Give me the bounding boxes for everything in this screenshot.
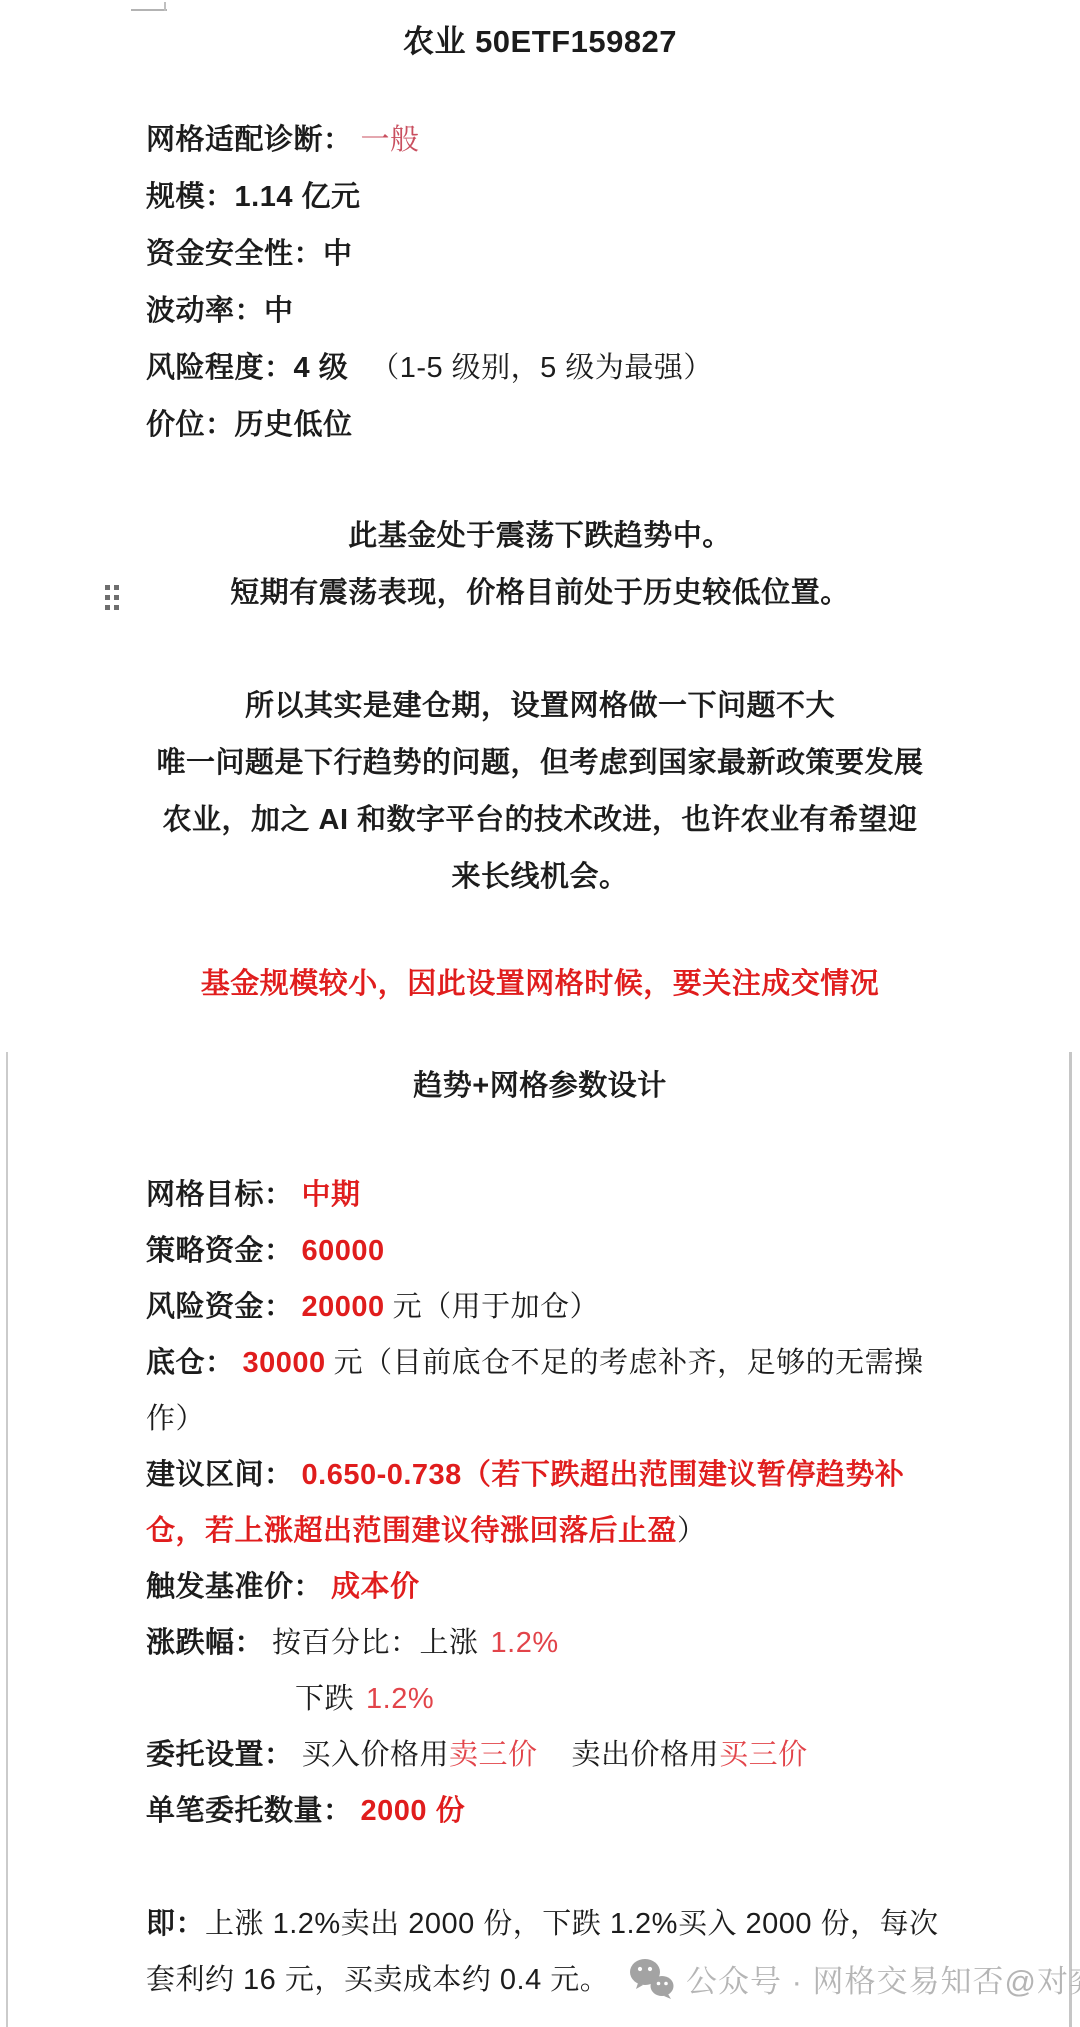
analysis-line-1: 所以其实是建仓期，设置网格做一下问题不大 — [0, 678, 1080, 735]
grid-goal-value: 中期 — [302, 1179, 361, 1211]
diagnosis-label: 网格适配诊断： — [146, 124, 353, 156]
band-up-pct: 1.2% — [491, 1627, 559, 1659]
fund-safety-line: 资金安全性：中 — [146, 226, 713, 283]
base-position-wrap-line: 作） — [146, 1391, 924, 1447]
price-level-label: 价位： — [146, 409, 235, 441]
watermark: 公众号 · 网格交易知否@对弈 — [628, 1956, 1080, 2001]
band-label: 涨跌幅： — [146, 1627, 264, 1659]
volatility-label: 波动率： — [146, 295, 264, 327]
risk-fund-line: 风险资金：20000元（用于加仓） — [146, 1279, 924, 1335]
risk-level-line: 风险程度：4 级（1-5 级别，5 级为最强） — [146, 340, 713, 397]
scale-line: 规模：1.14 亿元 — [146, 169, 713, 226]
order-sell-prefix: 卖出价格用 — [572, 1739, 720, 1771]
base-position-value: 30000 — [243, 1347, 326, 1379]
page-corner-mark — [131, 9, 167, 11]
document-page: 农业 50ETF159827 网格适配诊断：一般 规模：1.14 亿元 资金安全… — [0, 0, 1080, 2027]
order-buy-prefix: 买入价格用 — [302, 1739, 450, 1771]
grid-goal-label: 网格目标： — [146, 1179, 294, 1211]
risk-level-note: （1-5 级别，5 级为最强） — [370, 352, 713, 384]
volatility-value: 中 — [264, 295, 294, 327]
risk-level-label: 风险程度： — [146, 352, 294, 384]
band-mode: 按百分比：上涨 — [272, 1627, 479, 1659]
trigger-price-line: 触发基准价：成本价 — [146, 1559, 924, 1615]
base-position-wrap: 作） — [146, 1403, 205, 1435]
fund-diagnosis-block: 网格适配诊断：一般 规模：1.14 亿元 资金安全性：中 波动率：中 风险程度：… — [146, 112, 713, 454]
strategy-fund-line: 策略资金：60000 — [146, 1223, 924, 1279]
fund-safety-value: 中 — [323, 238, 353, 270]
analysis-paragraph: 所以其实是建仓期，设置网格做一下问题不大 唯一问题是下行趋势的问题，但考虑到国家… — [0, 678, 1080, 906]
trend-line-1: 此基金处于震荡下跌趋势中。 — [0, 508, 1080, 565]
summary-line-1: 即：上涨 1.2%卖出 2000 份，下跌 1.2%买入 2000 份，每次 — [146, 1896, 939, 1952]
strategy-fund-value: 60000 — [302, 1235, 385, 1267]
base-position-suffix: 元（目前底仓不足的考虑补齐，足够的无需操 — [334, 1347, 924, 1379]
summary-text-1: 上涨 1.2%卖出 2000 份，下跌 1.2%买入 2000 份，每次 — [205, 1908, 939, 1940]
summary-text-2: 套利约 16 元，买卖成本约 0.4 元。 — [146, 1964, 609, 1996]
analysis-line-2: 唯一问题是下行趋势的问题，但考虑到国家最新政策要发展 — [0, 735, 1080, 792]
diagnosis-line: 网格适配诊断：一般 — [146, 112, 713, 169]
base-position-label: 底仓： — [146, 1347, 235, 1379]
fund-safety-label: 资金安全性： — [146, 238, 323, 270]
order-buy-value: 卖三价 — [449, 1739, 538, 1771]
summary-label: 即： — [146, 1908, 205, 1940]
range-wrap-line: 仓，若上涨超出范围建议待涨回落后止盈） — [146, 1503, 924, 1559]
band-down-line: 下跌1.2% — [295, 1671, 924, 1727]
page-title: 农业 50ETF159827 — [0, 14, 1080, 70]
band-down-pct: 1.2% — [366, 1683, 434, 1715]
order-setting-label: 委托设置： — [146, 1739, 294, 1771]
order-qty-line: 单笔委托数量：2000 份 — [146, 1783, 924, 1839]
price-level-value: 历史低位 — [235, 409, 353, 441]
band-up-line: 涨跌幅：按百分比：上涨1.2% — [146, 1615, 924, 1671]
range-line: 建议区间：0.650-0.738（若下跌超出范围建议暂停趋势补 — [146, 1447, 924, 1503]
order-qty-label: 单笔委托数量： — [146, 1795, 353, 1827]
order-setting-line: 委托设置：买入价格用卖三价卖出价格用买三价 — [146, 1727, 924, 1783]
wechat-icon — [628, 1958, 676, 2000]
scale-label: 规模： — [146, 181, 235, 213]
params-title: 趋势+网格参数设计 — [0, 1058, 1080, 1114]
scale-value: 1.14 亿元 — [235, 181, 361, 213]
range-wrap-red: 仓，若上涨超出范围建议待涨回落后止盈 — [146, 1515, 677, 1547]
trend-summary: 此基金处于震荡下跌趋势中。 短期有震荡表现，价格目前处于历史较低位置。 — [0, 508, 1080, 622]
grid-goal-line: 网格目标：中期 — [146, 1167, 924, 1223]
trigger-price-label: 触发基准价： — [146, 1571, 323, 1603]
strategy-fund-label: 策略资金： — [146, 1235, 294, 1267]
trigger-price-value: 成本价 — [331, 1571, 420, 1603]
risk-level-value: 4 级 — [294, 352, 349, 384]
drag-handle-icon[interactable] — [105, 585, 119, 610]
order-sell-value: 买三价 — [719, 1739, 808, 1771]
range-value: 0.650-0.738（若下跌超出范围建议暂停趋势补 — [302, 1459, 905, 1491]
base-position-line: 底仓：30000元（目前底仓不足的考虑补齐，足够的无需操 — [146, 1335, 924, 1391]
watermark-text: 公众号 · 网格交易知否@对弈 — [686, 1956, 1080, 2001]
risk-fund-label: 风险资金： — [146, 1291, 294, 1323]
range-wrap-close: ） — [677, 1515, 707, 1547]
volatility-line: 波动率：中 — [146, 283, 713, 340]
trend-line-2: 短期有震荡表现，价格目前处于历史较低位置。 — [0, 565, 1080, 622]
risk-fund-suffix: 元（用于加仓） — [393, 1291, 600, 1323]
diagnosis-value: 一般 — [361, 124, 420, 156]
band-down-label: 下跌 — [295, 1683, 354, 1715]
price-level-line: 价位：历史低位 — [146, 397, 713, 454]
range-label: 建议区间： — [146, 1459, 294, 1491]
warning-text: 基金规模较小，因此设置网格时候，要关注成交情况 — [0, 956, 1080, 1013]
order-qty-value: 2000 份 — [361, 1795, 466, 1827]
page-corner-mark-tick — [164, 2, 166, 11]
analysis-line-4: 来长线机会。 — [0, 849, 1080, 906]
risk-fund-value: 20000 — [302, 1291, 385, 1323]
analysis-line-3: 农业，加之 AI 和数字平台的技术改进，也许农业有希望迎 — [0, 792, 1080, 849]
params-block: 网格目标：中期 策略资金：60000 风险资金：20000元（用于加仓） 底仓：… — [146, 1167, 924, 1839]
